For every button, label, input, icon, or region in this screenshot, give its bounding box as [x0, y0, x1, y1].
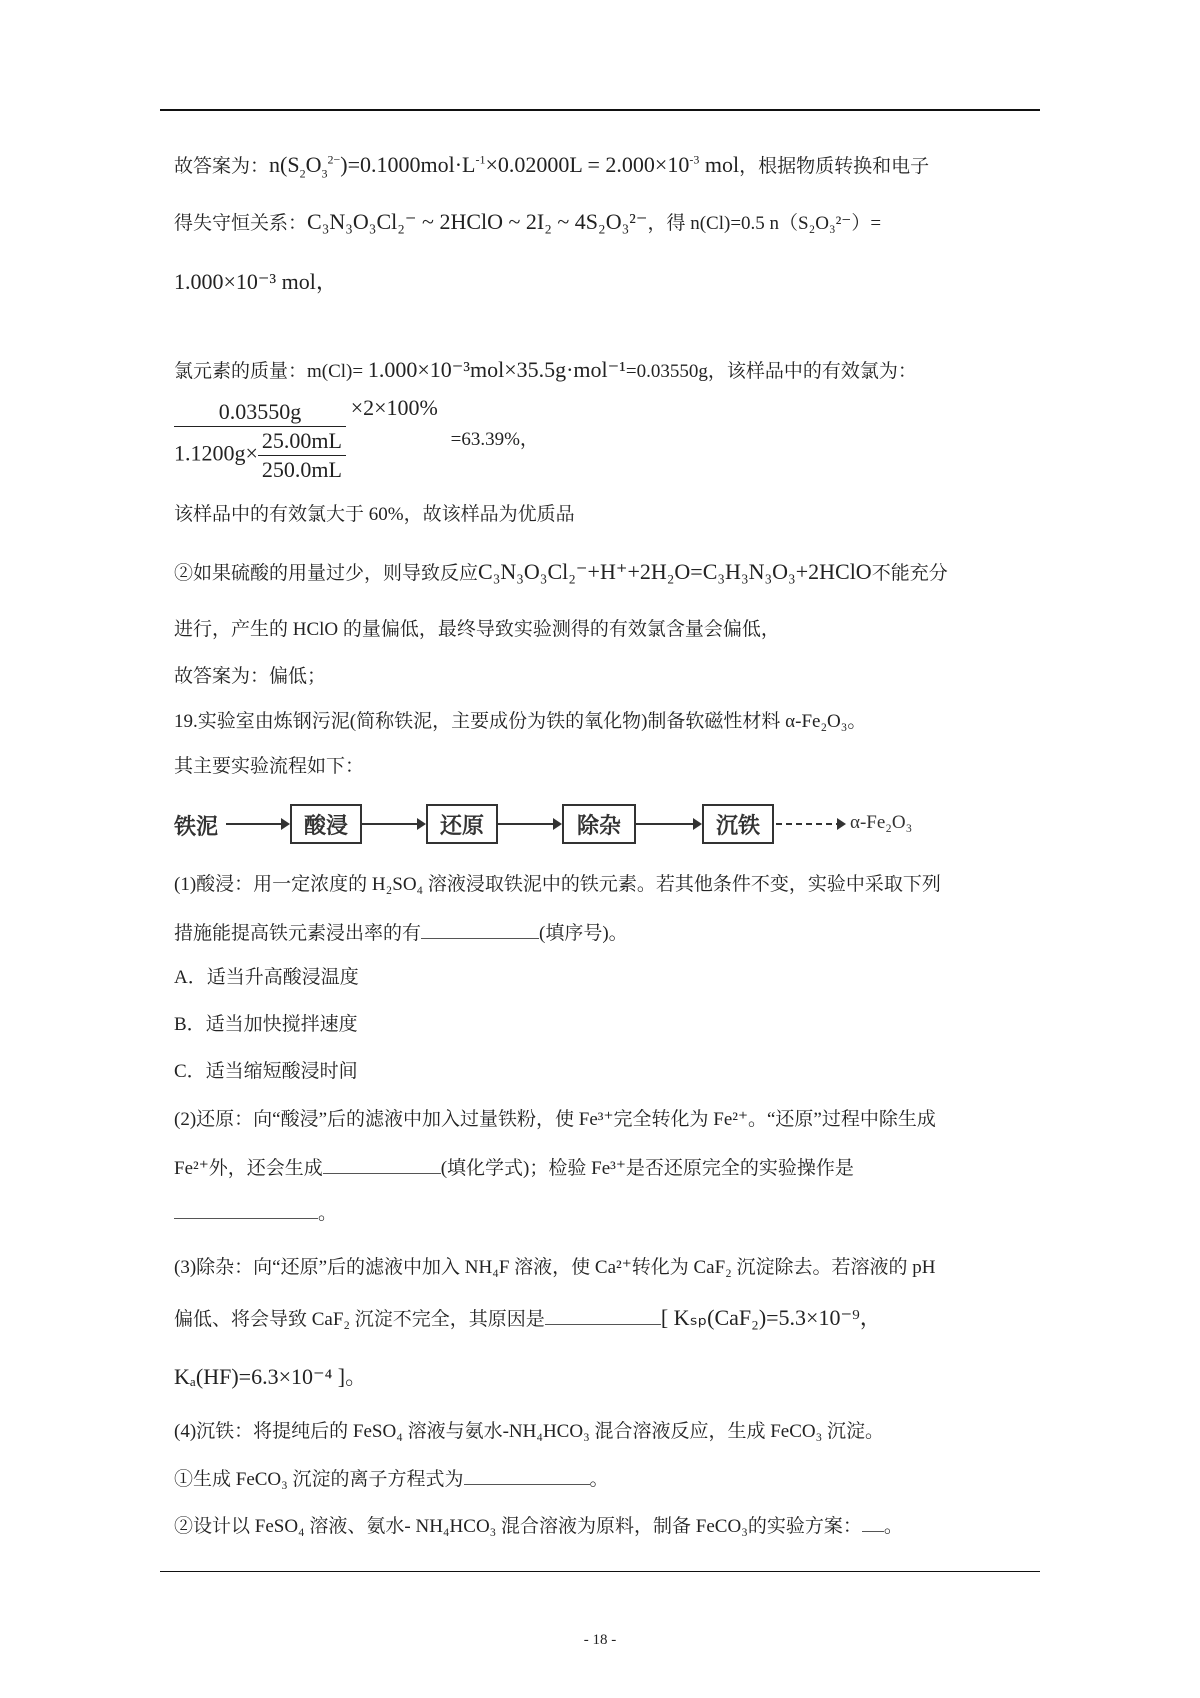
text: ，得 n(Cl)=0.5 n（S₂O₃²⁻）= — [647, 213, 881, 234]
multiplier: ×2×100% — [351, 395, 438, 420]
answer-line-9: 故答案为：偏低； — [174, 665, 326, 689]
q3-line-2: 偏低、将会导致 CaF₂ 沉淀不完全，其原因是[ Kₛₚ(CaF₂)=5.3×1… — [174, 1306, 882, 1332]
text: ②如果硫酸的用量过少，则导致反应 — [174, 563, 478, 584]
q4-line-3: ②设计以 FeSO₄ 溶液、氨水- NH₄HCO₃ 混合溶液为原料，制备 FeC… — [174, 1513, 903, 1539]
q3-line-3: Kₐ(HF)=6.3×10⁻⁴ ]。 — [174, 1365, 367, 1391]
flow-step-acid-leach: 酸浸 — [290, 804, 362, 844]
text: (填序号)。 — [539, 923, 628, 944]
arrow-icon — [636, 823, 700, 825]
flow-end-product: α-Fe₂O₃ — [850, 812, 912, 834]
process-flowchart: 铁泥 酸浸 还原 除杂 沉铁 α-Fe₂O₃ — [174, 800, 934, 850]
answer-line-2: 得失守恒关系：C₃N₃O₃Cl₂⁻ ~ 2HClO ~ 2I₂ ~ 4S₂O₃²… — [174, 210, 881, 236]
answer-line-8: 进行，产生的 HClO 的量偏低，最终导致实验测得的有效氯含量会偏低， — [174, 618, 780, 642]
text: ，根据物质转换和电子 — [739, 156, 929, 177]
math-expression: 1.000×10⁻³ mol， — [174, 269, 338, 294]
answer-line-6: 该样品中的有效氯大于 60%，故该样品为优质品 — [174, 503, 575, 527]
equation: C₃N₃O₃Cl₂⁻ ~ 2HClO ~ 2I₂ ~ 4S₂O₃²⁻ — [307, 209, 647, 234]
q4-line-1: (4)沉铁：将提纯后的 FeSO₄ 溶液与氨水-NH₄HCO₃ 混合溶液反应，生… — [174, 1420, 884, 1444]
q4-line-2: ①生成 FeCO₃ 沉淀的离子方程式为。 — [174, 1466, 609, 1492]
option-b: B．适当加快搅拌速度 — [174, 1013, 358, 1037]
fraction-formula: 0.03550g 1.1200g×25.00mL250.0mL ×2×100% … — [174, 400, 539, 482]
text: 。 — [590, 1469, 609, 1490]
text: =0.03550g，该样品中的有效氯为： — [626, 361, 917, 382]
text: 措施能提高铁元素浸出率的有 — [174, 923, 421, 944]
answer-blank[interactable] — [862, 1513, 884, 1532]
q1-line-2: 措施能提高铁元素浸出率的有(填序号)。 — [174, 920, 628, 946]
text: 。 — [318, 1203, 337, 1224]
flow-start: 铁泥 — [174, 810, 218, 841]
answer-line-4: 氯元素的质量：m(Cl)= 1.000×10⁻³mol×35.5g·mol⁻¹=… — [174, 358, 917, 384]
math-expression: 1.000×10⁻³mol×35.5g·mol⁻¹ — [368, 357, 626, 382]
q3-line-1: (3)除杂：向“还原”后的滤液中加入 NH₄F 溶液，使 Ca²⁺转化为 CaF… — [174, 1256, 936, 1280]
answer-blank[interactable] — [464, 1466, 590, 1485]
flow-intro: 其主要实验流程如下： — [174, 755, 364, 779]
dashed-arrow-icon — [776, 823, 842, 825]
math-expression: n(S2O32−)=0.1000mol·L-1×0.02000L = 2.000… — [269, 152, 739, 177]
numerator: 0.03550g — [174, 400, 346, 427]
flow-step-iron-precipitation: 沉铁 — [702, 804, 774, 844]
text: ②设计以 FeSO₄ 溶液、氨水- NH₄HCO₃ 混合溶液为原料，制备 FeC… — [174, 1516, 862, 1537]
question-19-title: 19.实验室由炼钢污泥(简称铁泥，主要成份为铁的氧化物)制备软磁性材料 α-Fe… — [174, 710, 866, 734]
constants: [ Kₛₚ(CaF₂)=5.3×10⁻⁹， — [661, 1305, 882, 1330]
text: Fe²⁺外，还会生成 — [174, 1158, 323, 1179]
text: ①生成 FeCO₃ 沉淀的离子方程式为 — [174, 1469, 464, 1490]
footer-rule — [160, 1571, 1040, 1572]
text: 不能充分 — [872, 563, 948, 584]
q2-line-2: Fe²⁺外，还会生成(填化学式)；检验 Fe³⁺是否还原完全的实验操作是 — [174, 1155, 854, 1181]
text: (填化学式)；检验 Fe³⁺是否还原完全的实验操作是 — [441, 1158, 854, 1179]
denominator: 1.1200g×25.00mL250.0mL — [174, 427, 346, 482]
answer-blank[interactable] — [545, 1306, 661, 1325]
q2-line-3: 。 — [174, 1200, 337, 1226]
text: 偏低、将会导致 CaF₂ 沉淀不完全，其原因是 — [174, 1309, 545, 1330]
answer-line-7: ②如果硫酸的用量过少，则导致反应C₃N₃O₃Cl₂⁻+H⁺+2H₂O=C₃H₃N… — [174, 560, 948, 586]
text: 故答案为： — [174, 156, 269, 177]
text: 得失守恒关系： — [174, 213, 307, 234]
answer-blank[interactable] — [421, 920, 539, 939]
arrow-icon — [498, 823, 560, 825]
arrow-icon — [226, 823, 288, 825]
arrow-icon — [362, 823, 424, 825]
text: 氯元素的质量：m(Cl)= — [174, 361, 368, 382]
answer-blank[interactable] — [174, 1200, 318, 1219]
flow-step-impurity-removal: 除杂 — [562, 804, 636, 844]
inner-fraction: 25.00mL250.0mL — [258, 429, 346, 482]
flow-step-reduction: 还原 — [426, 804, 498, 844]
text: 。 — [884, 1516, 903, 1537]
option-c: C．适当缩短酸浸时间 — [174, 1060, 358, 1084]
fraction: 0.03550g 1.1200g×25.00mL250.0mL — [174, 400, 346, 482]
q1-line-1: (1)酸浸：用一定浓度的 H₂SO₄ 溶液浸取铁泥中的铁元素。若其他条件不变，实… — [174, 873, 941, 897]
header-rule — [160, 109, 1040, 111]
q2-line-1: (2)还原：向“酸浸”后的滤液中加入过量铁粉，使 Fe³⁺完全转化为 Fe²⁺。… — [174, 1108, 936, 1132]
answer-blank[interactable] — [323, 1155, 441, 1174]
answer-line-3: 1.000×10⁻³ mol， — [174, 270, 338, 296]
constants: Kₐ(HF)=6.3×10⁻⁴ ]。 — [174, 1364, 367, 1389]
page-number: - 18 - — [0, 1632, 1200, 1649]
option-a: A．适当升高酸浸温度 — [174, 966, 359, 990]
answer-line-1: 故答案为：n(S2O32−)=0.1000mol·L-1×0.02000L = … — [174, 153, 929, 179]
result: =63.39%， — [451, 429, 539, 450]
equation: C₃N₃O₃Cl₂⁻+H⁺+2H₂O=C₃H₃N₃O₃+2HClO — [478, 559, 872, 584]
